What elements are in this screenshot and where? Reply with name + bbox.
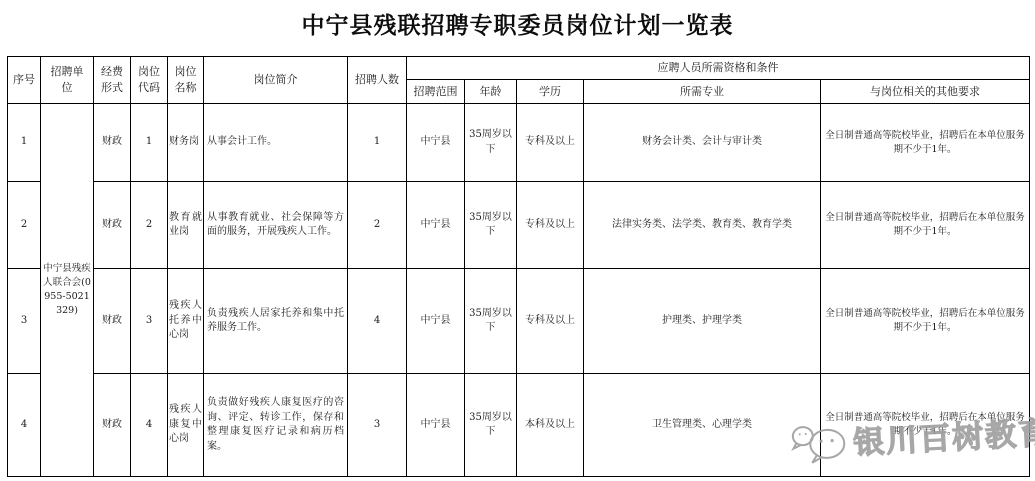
cell-other: 全日制普通高等院校毕业，招聘后在本单位服务期不少于1年。 [821, 374, 1030, 477]
cell-funding: 财政 [94, 374, 131, 477]
table-row: 4 财政 4 残疾人康复中心岗 负责做好残疾人康复医疗的咨询、评定、转诊工作，保… [8, 374, 1030, 477]
cell-age: 35周岁以下 [465, 374, 517, 477]
cell-headcount: 3 [348, 374, 407, 477]
cell-funding: 财政 [94, 182, 131, 269]
cell-serial: 4 [8, 374, 41, 477]
col-header-job-name: 岗位名称 [168, 57, 204, 104]
cell-scope: 中宁县 [407, 269, 465, 374]
col-header-serial: 序号 [8, 57, 41, 104]
cell-other: 全日制普通高等院校毕业，招聘后在本单位服务期不少于1年。 [821, 182, 1030, 269]
cell-education: 专科及以上 [517, 269, 584, 374]
cell-job-code: 4 [131, 374, 168, 477]
cell-job-name: 教育就业岗 [168, 182, 204, 269]
cell-funding: 财政 [94, 104, 131, 182]
col-header-scope: 招聘范围 [407, 80, 465, 104]
col-header-age: 年龄 [465, 80, 517, 104]
cell-job-desc: 负责做好残疾人康复医疗的咨询、评定、转诊工作，保存和整理康复医疗记录和病历档案。 [204, 374, 348, 477]
cell-job-name: 残疾人托养中心岗 [168, 269, 204, 374]
col-header-qualifications-group: 应聘人员所需资格和条件 [407, 57, 1030, 80]
cell-job-code: 3 [131, 269, 168, 374]
cell-job-code: 2 [131, 182, 168, 269]
col-header-employer: 招聘单位 [41, 57, 94, 104]
cell-major: 法律实务类、法学类、教育类、教育学类 [584, 182, 821, 269]
page-title: 中宁县残联招聘专职委员岗位计划一览表 [0, 7, 1035, 40]
cell-employer: 中宁县残疾人联合会(0955-5021329) [41, 104, 94, 477]
col-header-education: 学历 [517, 80, 584, 104]
cell-age: 35周岁以下 [465, 104, 517, 182]
table-row: 3 财政 3 残疾人托养中心岗 负责残疾人居家托养和集中托养服务工作。 4 中宁… [8, 269, 1030, 374]
cell-major: 护理类、护理学类 [584, 269, 821, 374]
col-header-funding: 经费形式 [94, 57, 131, 104]
cell-headcount: 4 [348, 269, 407, 374]
col-header-other: 与岗位相关的其他要求 [821, 80, 1030, 104]
col-header-job-code: 岗位代码 [131, 57, 168, 104]
cell-job-desc: 负责残疾人居家托养和集中托养服务工作。 [204, 269, 348, 374]
table-body: 1 中宁县残疾人联合会(0955-5021329) 财政 1 财务岗 从事会计工… [8, 104, 1030, 477]
cell-age: 35周岁以下 [465, 269, 517, 374]
cell-education: 专科及以上 [517, 104, 584, 182]
cell-job-code: 1 [131, 104, 168, 182]
cell-headcount: 1 [348, 104, 407, 182]
col-header-headcount: 招聘人数 [348, 57, 407, 104]
col-header-major: 所需专业 [584, 80, 821, 104]
cell-major: 财务会计类、会计与审计类 [584, 104, 821, 182]
cell-serial: 3 [8, 269, 41, 374]
cell-job-desc: 从事会计工作。 [204, 104, 348, 182]
recruitment-plan-table: 序号 招聘单位 经费形式 岗位代码 岗位名称 岗位简介 招聘人数 应聘人员所需资… [7, 56, 1030, 477]
table-header: 序号 招聘单位 经费形式 岗位代码 岗位名称 岗位简介 招聘人数 应聘人员所需资… [8, 57, 1030, 104]
cell-headcount: 2 [348, 182, 407, 269]
cell-job-desc: 从事教育就业、社会保障等方面的服务，开展残疾人工作。 [204, 182, 348, 269]
table-row: 2 财政 2 教育就业岗 从事教育就业、社会保障等方面的服务，开展残疾人工作。 … [8, 182, 1030, 269]
cell-funding: 财政 [94, 269, 131, 374]
header-row-1: 序号 招聘单位 经费形式 岗位代码 岗位名称 岗位简介 招聘人数 应聘人员所需资… [8, 57, 1030, 80]
cell-education: 本科及以上 [517, 374, 584, 477]
cell-scope: 中宁县 [407, 374, 465, 477]
cell-scope: 中宁县 [407, 182, 465, 269]
cell-serial: 1 [8, 104, 41, 182]
cell-scope: 中宁县 [407, 104, 465, 182]
cell-other: 全日制普通高等院校毕业，招聘后在本单位服务期不少于1年。 [821, 269, 1030, 374]
cell-serial: 2 [8, 182, 41, 269]
cell-job-name: 残疾人康复中心岗 [168, 374, 204, 477]
cell-other: 全日制普通高等院校毕业，招聘后在本单位服务期不少于1年。 [821, 104, 1030, 182]
cell-job-name: 财务岗 [168, 104, 204, 182]
cell-education: 专科及以上 [517, 182, 584, 269]
table-row: 1 中宁县残疾人联合会(0955-5021329) 财政 1 财务岗 从事会计工… [8, 104, 1030, 182]
cell-major: 卫生管理类、心理学类 [584, 374, 821, 477]
cell-age: 35周岁以下 [465, 182, 517, 269]
col-header-job-desc: 岗位简介 [204, 57, 348, 104]
